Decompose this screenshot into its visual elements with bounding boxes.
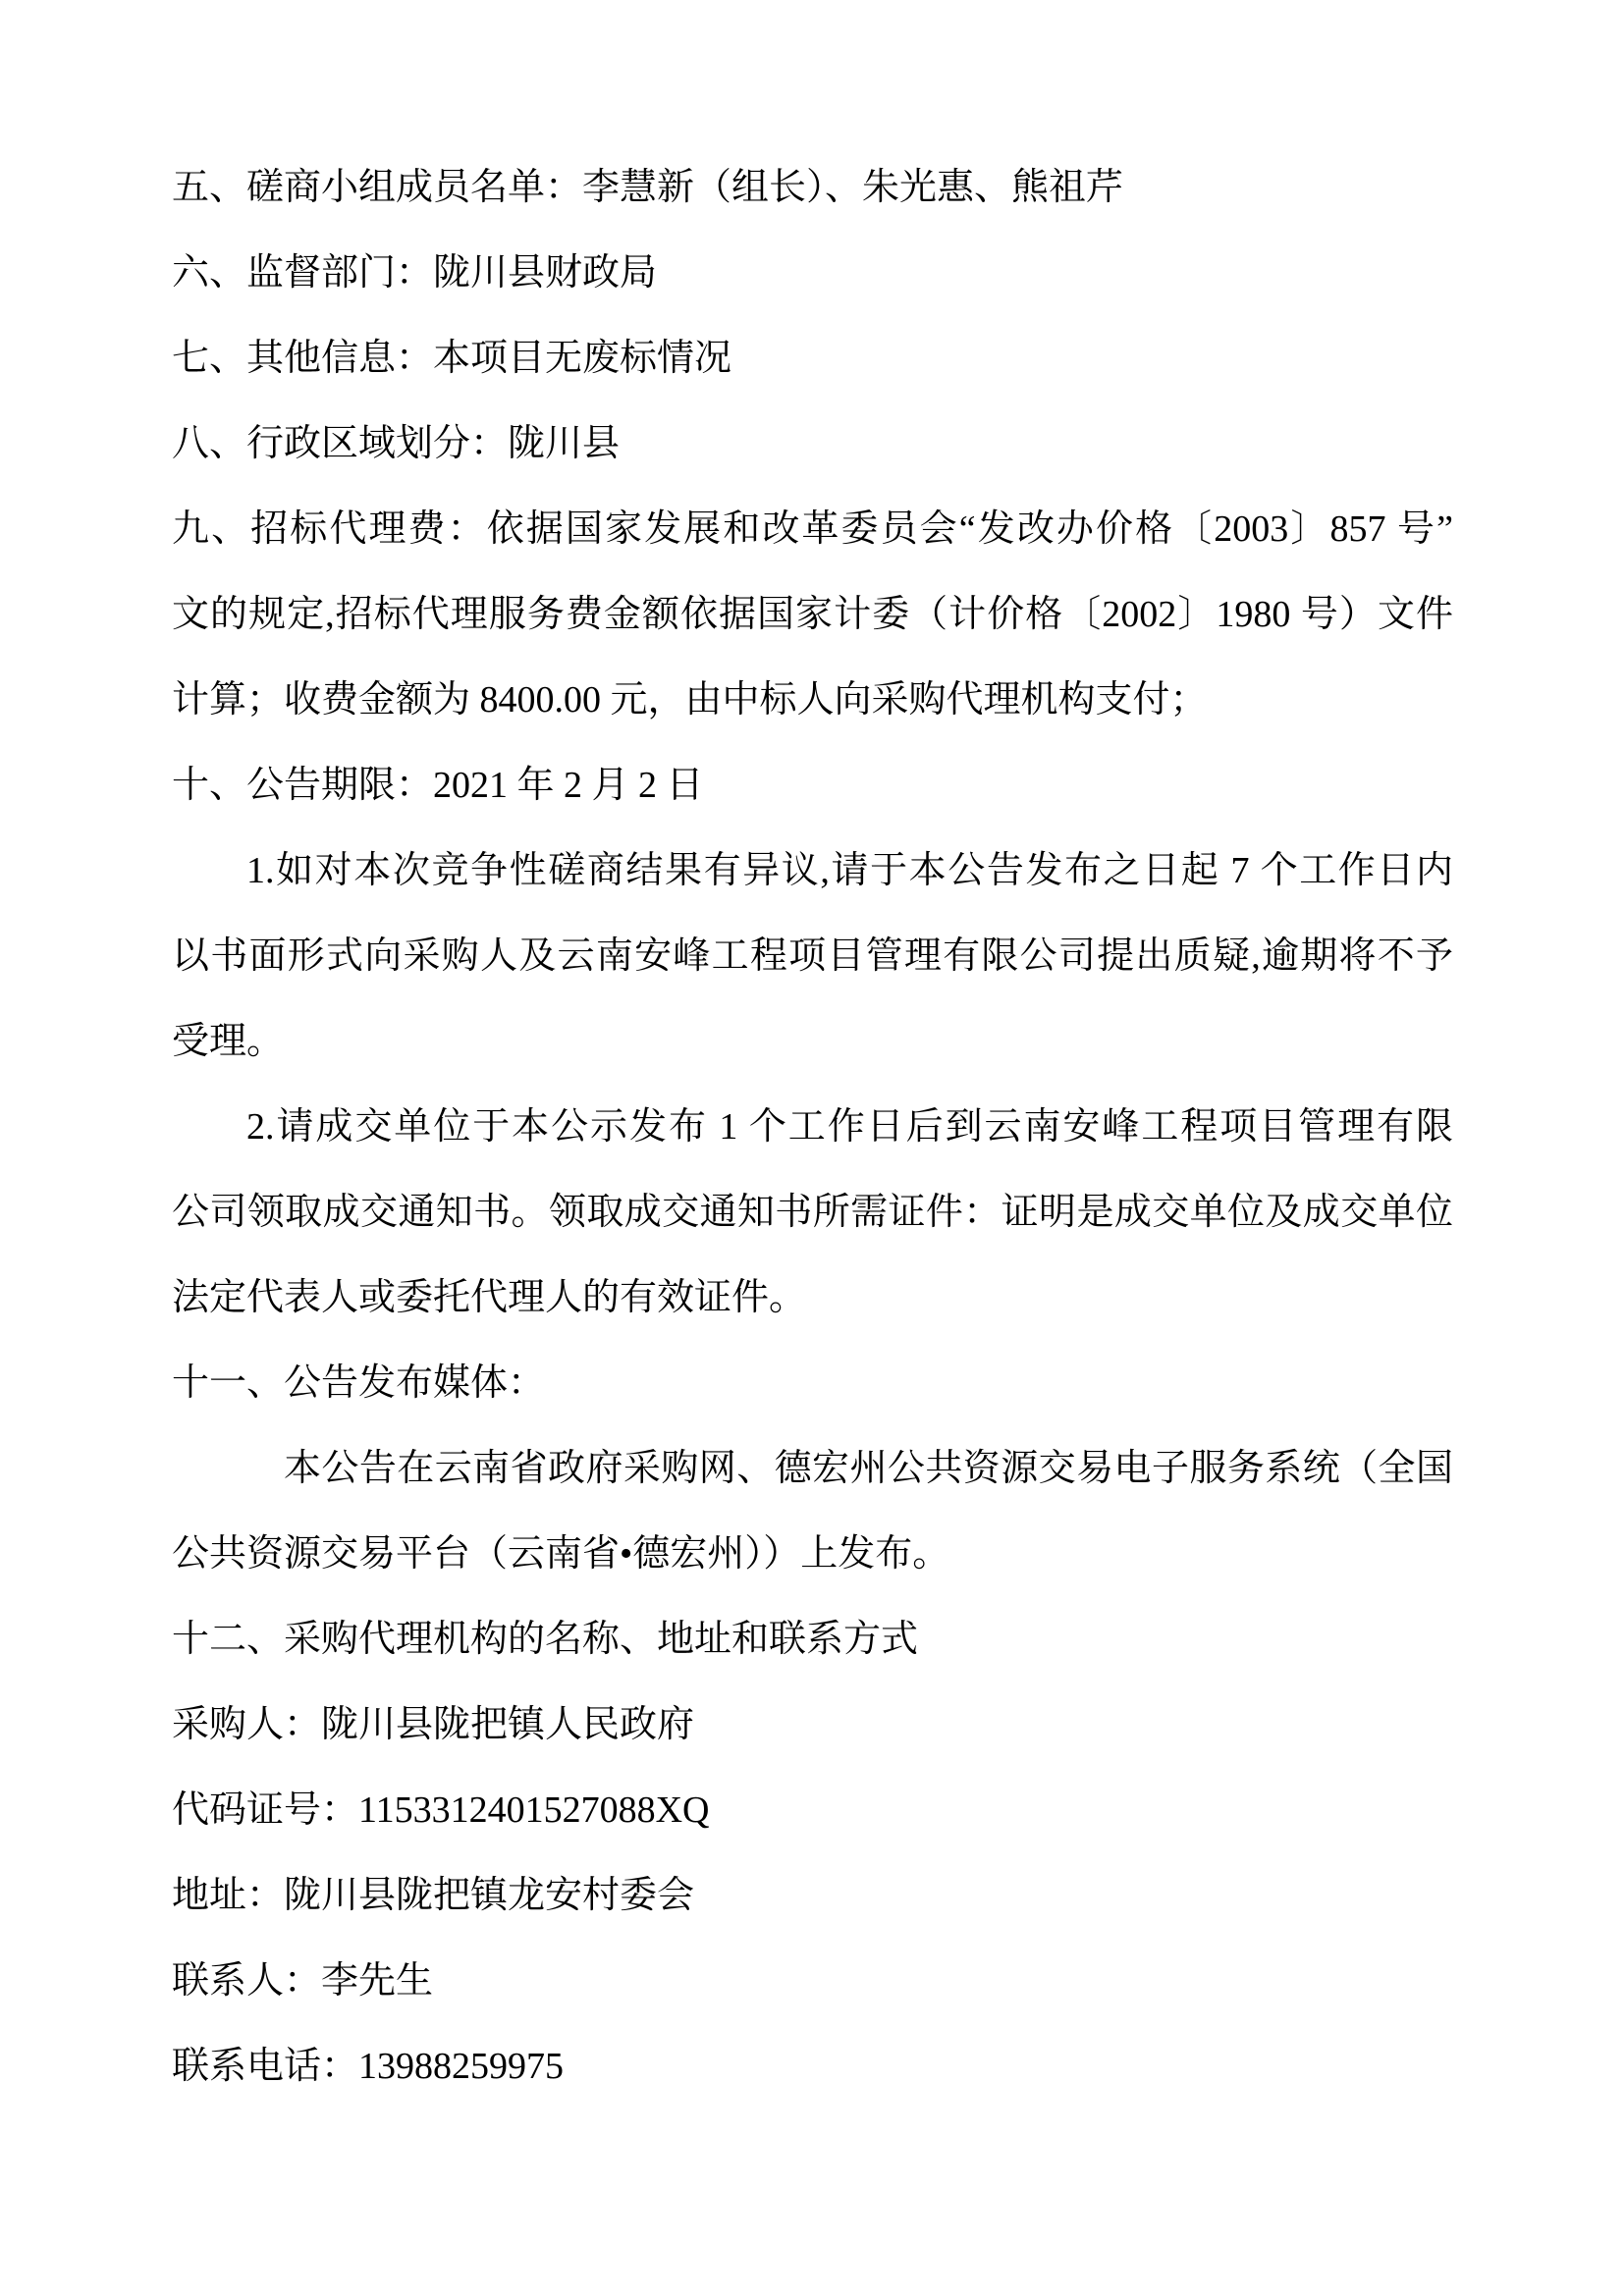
line-note-1-objection-3: 受理。 <box>172 999 1453 1085</box>
line-address: 地址：陇川县陇把镇龙安村委会 <box>172 1853 1453 1939</box>
line-section-9-agency-fee-3: 计算；收费金额为 8400.00 元，由中标人向采购代理机构支付； <box>172 658 1453 743</box>
line-note-2-award-notice-1: 2.请成交单位于本公示发布 1 个工作日后到云南安峰工程项目管理有限 <box>172 1085 1453 1170</box>
line-section-10-announce-period: 十、公告期限：2021 年 2 月 2 日 <box>172 743 1453 828</box>
line-contact-phone: 联系电话：13988259975 <box>172 2024 1453 2109</box>
line-contact-person: 联系人：李先生 <box>172 1939 1453 2024</box>
line-section-6-supervision-dept: 六、监督部门：陇川县财政局 <box>172 231 1453 316</box>
line-note-1-objection-2: 以书面形式向采购人及云南安峰工程项目管理有限公司提出质疑,逾期将不予 <box>172 914 1453 999</box>
line-code-number: 代码证号：1153312401527088XQ <box>172 1768 1453 1853</box>
line-section-9-agency-fee-1: 九、招标代理费：依据国家发展和改革委员会“发改办价格〔2003〕857 号” <box>172 487 1453 572</box>
line-section-5-panel-members: 五、磋商小组成员名单：李慧新（组长）、朱光惠、熊祖芹 <box>172 145 1453 231</box>
line-section-12-agency-contact: 十二、采购代理机构的名称、地址和联系方式 <box>172 1597 1453 1682</box>
line-section-9-agency-fee-2: 文的规定,招标代理服务费金额依据国家计委（计价格〔2002〕1980 号）文件 <box>172 572 1453 658</box>
document-page: 五、磋商小组成员名单：李慧新（组长）、朱光惠、熊祖芹 六、监督部门：陇川县财政局… <box>0 0 1624 2296</box>
line-purchaser: 采购人：陇川县陇把镇人民政府 <box>172 1682 1453 1768</box>
line-section-8-admin-region: 八、行政区域划分：陇川县 <box>172 401 1453 487</box>
line-media-detail-2: 公共资源交易平台（云南省•德宏州））上发布。 <box>172 1512 1453 1597</box>
line-note-2-award-notice-2: 公司领取成交通知书。领取成交通知书所需证件：证明是成交单位及成交单位 <box>172 1170 1453 1255</box>
line-section-7-other-info: 七、其他信息：本项目无废标情况 <box>172 316 1453 401</box>
line-section-11-media: 十一、公告发布媒体： <box>172 1341 1453 1426</box>
line-note-2-award-notice-3: 法定代表人或委托代理人的有效证件。 <box>172 1255 1453 1341</box>
line-media-detail-1: 本公告在云南省政府采购网、德宏州公共资源交易电子服务系统（全国 <box>172 1426 1453 1512</box>
line-note-1-objection-1: 1.如对本次竞争性磋商结果有异议,请于本公告发布之日起 7 个工作日内 <box>172 828 1453 914</box>
